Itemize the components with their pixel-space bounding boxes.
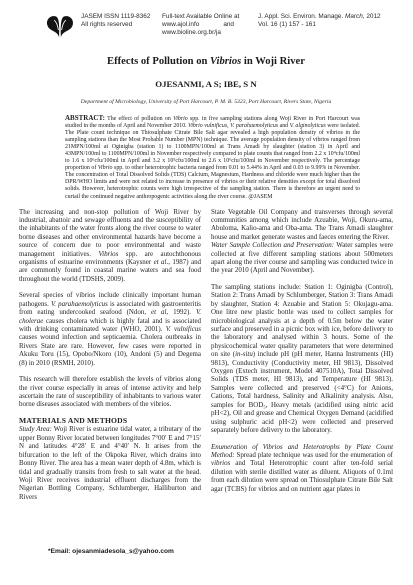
title-post: in Woji River [241, 56, 305, 67]
intro-paragraph-1: The increasing and non-stop pollution of… [19, 208, 201, 284]
page-title: Effects of Pollution on Vibrios in Woji … [19, 56, 393, 68]
body-columns: The increasing and non-stop pollution of… [19, 208, 393, 502]
title-species-italic: Vibrios [210, 56, 241, 67]
affiliation-line: Department of Microbiology, University o… [19, 99, 393, 106]
fulltext-line: Full-text Available Online at [162, 13, 248, 21]
sample-collection-paragraph: Water Sample Collection and Preservation… [211, 241, 393, 275]
authors-line: OJESANMI, A S; IBE, S N [19, 79, 393, 89]
intro-paragraph-2: Several species of vibrios include clini… [19, 291, 201, 367]
study-area-lead-in: Study Area: [19, 425, 52, 433]
journal-citation-line: J. Appl. Sci. Environ. Manage. March, 20… [258, 13, 388, 21]
issn-block: JASEM ISSN 1119-8362 All rights reserved [81, 13, 153, 29]
issue-year: , 2012 [363, 13, 381, 20]
enumeration-paragraph: Enumeration of Vibrios and Heterotrophs … [211, 443, 393, 493]
rights-line: All rights reserved [81, 21, 153, 29]
left-column: The increasing and non-stop pollution of… [19, 208, 201, 502]
study-area-paragraph: Study Area: Woji River is estuarine tida… [19, 425, 201, 501]
abstract-paragraph: ABSTRACT: The effect of pollution on Vib… [65, 115, 360, 201]
right-column: State Vegetable Oil Company and transver… [211, 208, 393, 502]
journal-header: JASEM ISSN 1119-8362 All rights reserved… [19, 13, 393, 40]
title-pre: Effects of Pollution on [107, 56, 210, 67]
intro-paragraph-3: This research will therefore establish t… [19, 375, 201, 409]
study-area-continuation-paragraph: State Vegetable Oil Company and transver… [211, 208, 393, 242]
issue-month: March [345, 13, 363, 20]
materials-methods-heading: MATERIALS AND METHODS [19, 417, 201, 425]
jasem-logo-icon [45, 13, 75, 40]
and-word: and [223, 21, 234, 29]
volume-pages-line: Vol. 16 (1) 157 - 161 [258, 21, 388, 29]
corresponding-author-email: *Email: ojesanmiadesola_s@yahoo.com [48, 548, 174, 555]
bioline-url: www.bioline.org.br/ja [162, 29, 248, 37]
paper-page: JASEM ISSN 1119-8362 All rights reserved… [0, 0, 413, 501]
ajol-url: www.ajol.info [162, 21, 199, 29]
abstract-label: ABSTRACT: [65, 114, 105, 122]
sampling-stations-paragraph: The sampling stations include: Station 1… [211, 283, 393, 434]
journal-citation-block: J. Appl. Sci. Environ. Manage. March, 20… [258, 13, 388, 29]
fulltext-availability-block: Full-text Available Online at www.ajol.i… [162, 13, 248, 37]
issn-line: JASEM ISSN 1119-8362 [81, 13, 153, 21]
journal-name: J. Appl. Sci. Environ. Manage. [258, 13, 345, 20]
sample-collection-lead-in: Water Sample Collection and Preservation… [211, 241, 334, 249]
